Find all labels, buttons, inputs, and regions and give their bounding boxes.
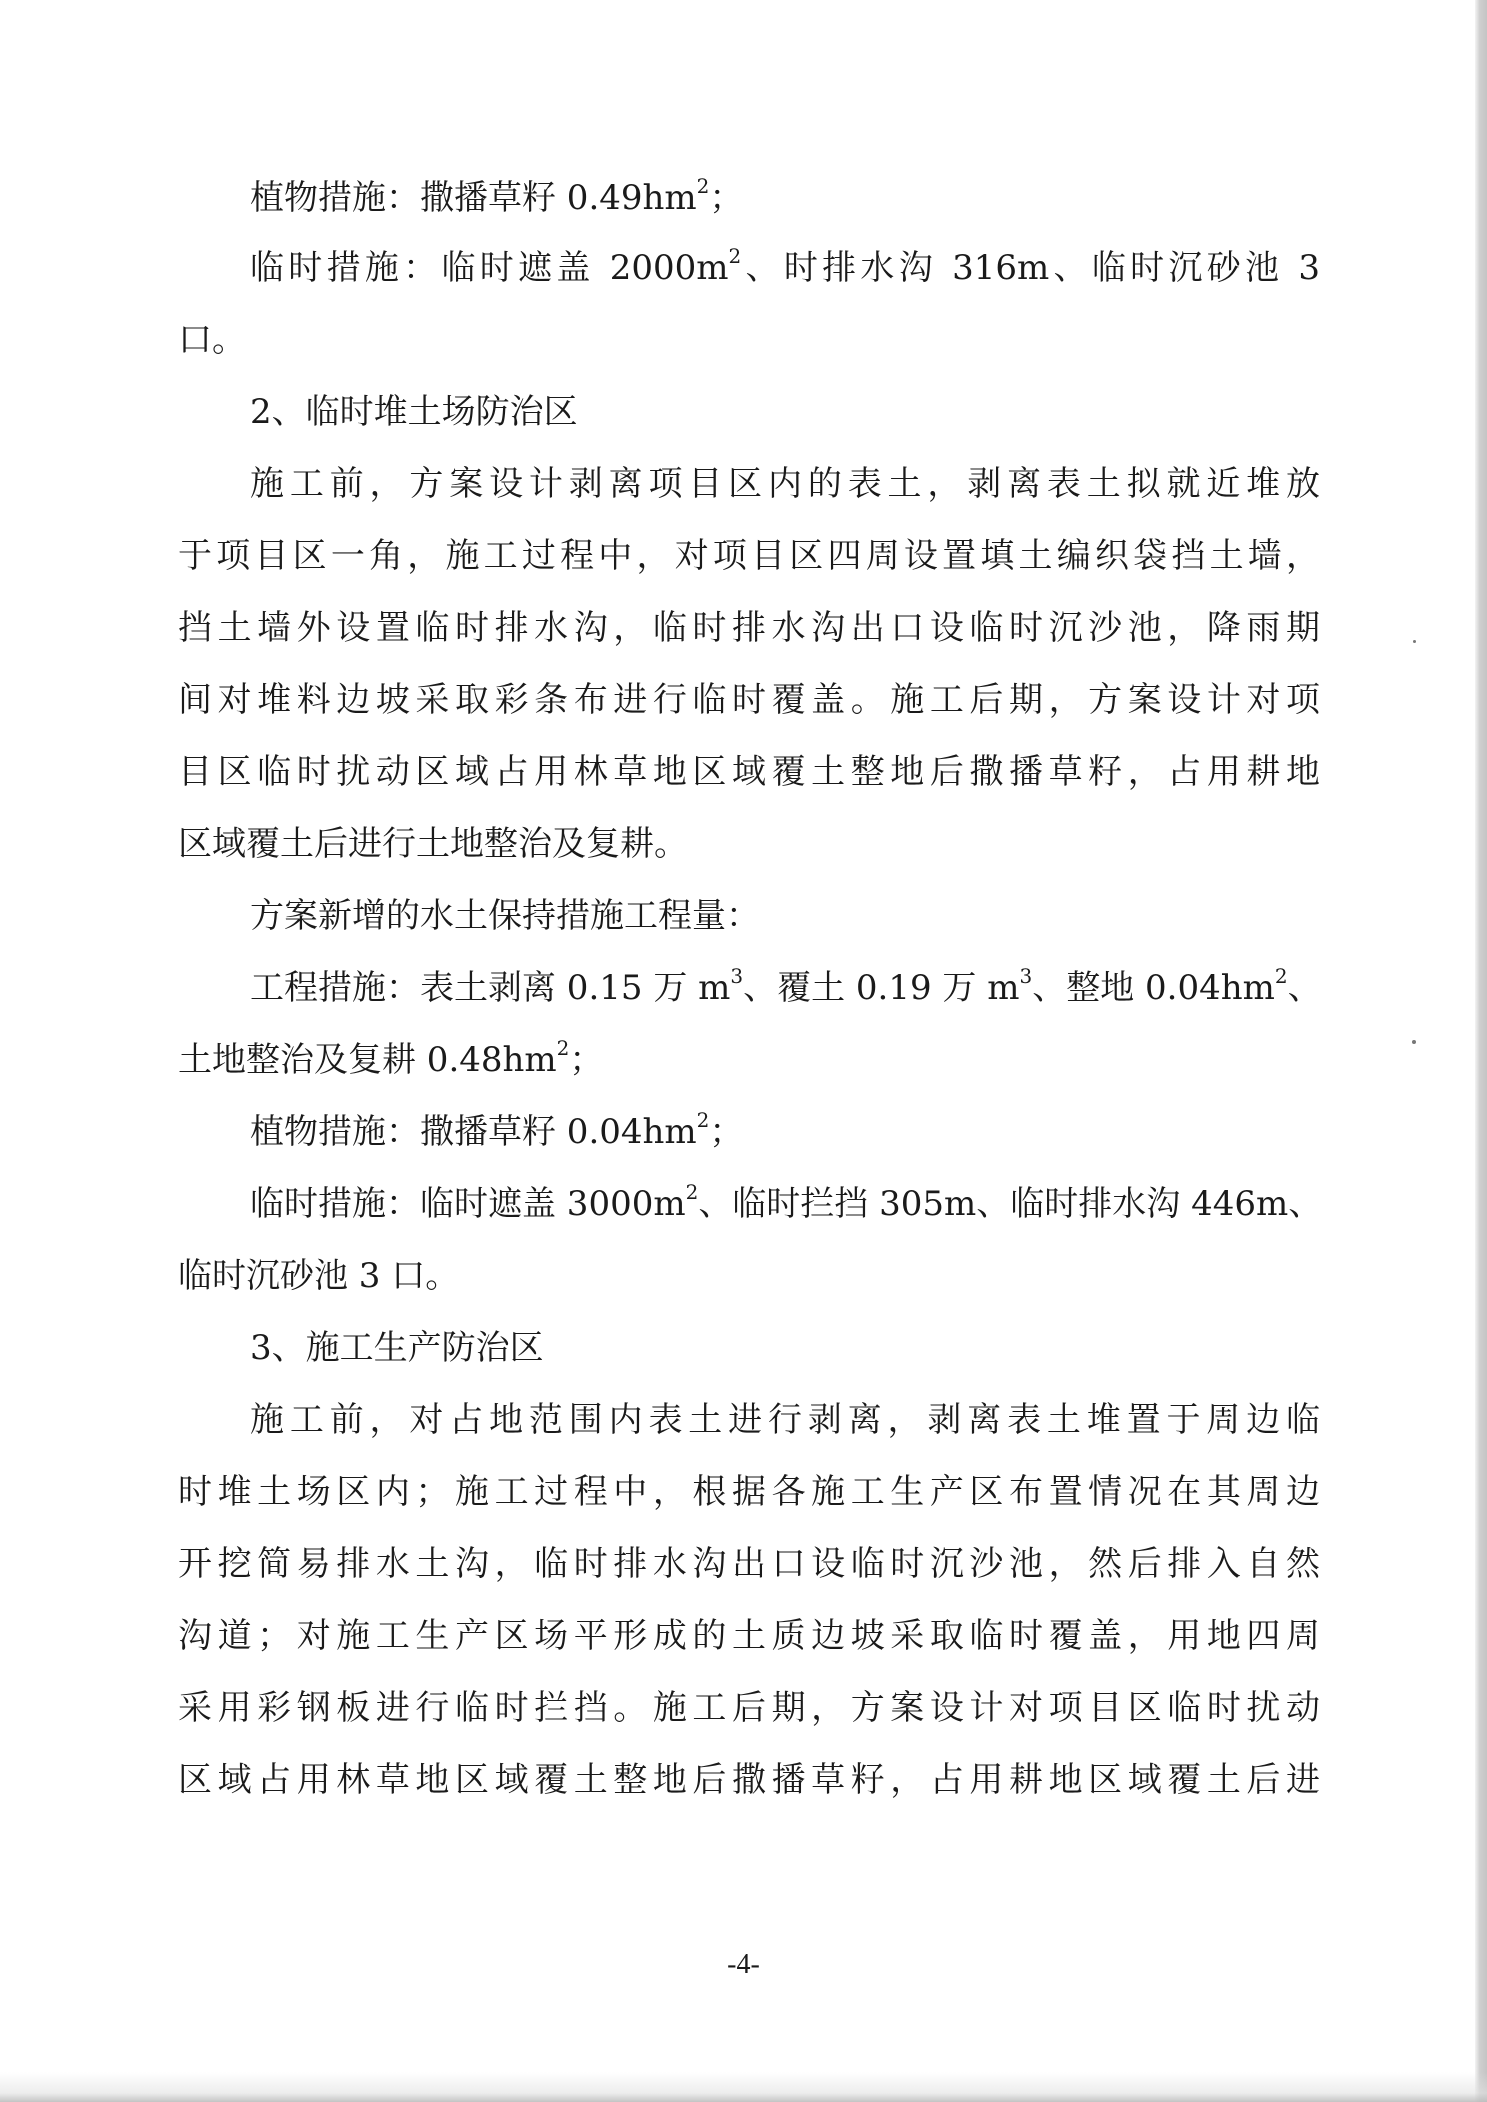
superscript: 2 (686, 1180, 699, 1204)
measure-text: 撒播草籽 0.49hm (420, 178, 697, 218)
paragraph-line: 间对堆料边坡采取彩条布进行临时覆盖。施工后期，方案设计对项 (178, 670, 1320, 730)
measure-label: 临时措施： (250, 1184, 420, 1224)
superscript: 2 (697, 1108, 710, 1132)
temporary-measures-wrap: 临时沉砂池 3 口。 (178, 1246, 459, 1306)
superscript: 2 (697, 174, 710, 198)
measure-text: 、临时拦挡 305m、临时排水沟 446m、 (698, 1184, 1322, 1224)
paragraph-line: 区域占用林草地区域覆土整地后撒播草籽，占用耕地区域覆土后进 (178, 1750, 1320, 1810)
page-number: -4- (0, 1945, 1487, 1985)
temporary-measures-wrap: 口。 (178, 310, 246, 370)
measure-text: 表土剥离 0.15 万 m (420, 968, 730, 1008)
measure-label: 临时措施： (250, 248, 441, 288)
paragraph-line: 施工前，对占地范围内表土进行剥离，剥离表土堆置于周边临 (250, 1390, 1320, 1450)
section-heading-2: 2、临时堆土场防治区 (250, 382, 578, 442)
paragraph-line: 挡土墙外设置临时排水沟，临时排水沟出口设临时沉沙池，降雨期 (178, 598, 1320, 658)
paragraph-line: 采用彩钢板进行临时拦挡。施工后期，方案设计对项目区临时扰动 (178, 1678, 1320, 1738)
superscript: 2 (729, 244, 742, 268)
engineering-measures-wrap: 土地整治及复耕 0.48hm2； (178, 1030, 603, 1090)
measure-text: 土地整治及复耕 0.48hm (178, 1040, 557, 1080)
paragraph-line: 开挖简易排水土沟，临时排水沟出口设临时沉沙池，然后排入自然 (178, 1534, 1320, 1594)
measure-text: 临时遮盖 3000m (420, 1184, 686, 1224)
temporary-measures-line: 临时措施：临时遮盖 2000m2、时排水沟 316m、临时沉砂池 3 (250, 238, 1320, 298)
engineering-measures-line: 工程措施：表土剥离 0.15 万 m3、覆土 0.19 万 m3、整地 0.04… (250, 958, 1320, 1018)
temporary-measures-line: 临时措施：临时遮盖 3000m2、临时拦挡 305m、临时排水沟 446m、 (250, 1174, 1320, 1234)
vegetation-measures-line: 植物措施：撒播草籽 0.49hm2； (250, 168, 743, 228)
superscript: 2 (1275, 964, 1288, 988)
measure-text: 、 (1288, 968, 1322, 1008)
superscript: 3 (730, 964, 743, 988)
measure-tail: ； (709, 178, 743, 218)
vegetation-measures-line: 植物措施：撒播草籽 0.04hm2； (250, 1102, 743, 1162)
measure-tail: ； (569, 1040, 603, 1080)
superscript: 2 (557, 1036, 570, 1060)
paragraph-line: 于项目区一角，施工过程中，对项目区四周设置填土编织袋挡土墙， (178, 526, 1320, 586)
measure-text: 撒播草籽 0.04hm (420, 1112, 697, 1152)
measure-label: 工程措施： (250, 968, 420, 1008)
paragraph-line: 时堆土场区内；施工过程中，根据各施工生产区布置情况在其周边 (178, 1462, 1320, 1522)
paragraph-line: 施工前，方案设计剥离项目区内的表土，剥离表土拟就近堆放 (250, 454, 1320, 514)
paragraph-line-last: 区域覆土后进行土地整治及复耕。 (178, 814, 688, 874)
measure-text: 临时遮盖 2000m (441, 248, 728, 288)
scan-speck (1412, 1040, 1416, 1044)
scan-edge-shadow-bottom (0, 2072, 1487, 2102)
paragraph-line: 目区临时扰动区域占用林草地区域覆土整地后撒播草籽，占用耕地 (178, 742, 1320, 802)
measure-tail: 、时排水沟 316m、临时沉砂池 3 (741, 248, 1320, 288)
scan-edge-shadow-right (1475, 0, 1487, 2102)
paragraph-line: 沟道；对施工生产区场平形成的土质边坡采取临时覆盖，用地四周 (178, 1606, 1320, 1666)
measure-tail: ； (709, 1112, 743, 1152)
section-heading-3: 3、施工生产防治区 (250, 1318, 544, 1378)
measure-label: 植物措施： (250, 178, 420, 218)
scan-speck (1413, 640, 1416, 643)
measure-label: 植物措施： (250, 1112, 420, 1152)
superscript: 3 (1019, 964, 1032, 988)
quantities-intro: 方案新增的水土保持措施工程量： (250, 886, 760, 946)
measure-text: 、覆土 0.19 万 m (743, 968, 1019, 1008)
measure-text: 、整地 0.04hm (1032, 968, 1275, 1008)
